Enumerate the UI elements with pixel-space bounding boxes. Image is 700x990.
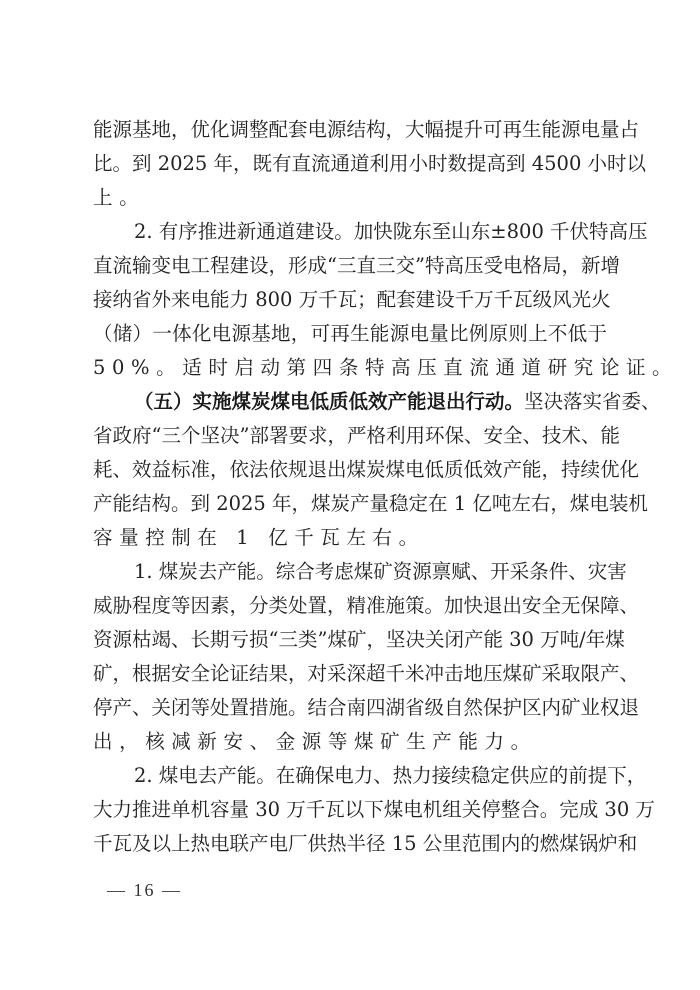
text-line: 50%。适时启动第四条特高压直流通道研究论证。 [93, 351, 607, 385]
text-line: 出，核减新安、金源等煤矿生产能力。 [93, 725, 607, 759]
text-line: 比。到 2025 年，既有直流通道利用小时数提高到 4500 小时以 [93, 147, 607, 181]
document-page: 能源基地，优化调整配套电源结构，大幅提升可再生能源电量占 比。到 2025 年，… [93, 113, 607, 861]
subsection-2-first-line: 2. 有序推进新通道建设。加快陇东至山东±800 千伏特高压 [93, 215, 607, 249]
text-line: 耗、效益标准，依法依规退出煤炭煤电低质低效产能，持续优化 [93, 453, 607, 487]
text-line: 矿，根据安全论证结果，对采深超千米冲击地压煤矿采取限产、 [93, 657, 607, 691]
text-line: 省政府“三个坚决”部署要求，严格利用环保、安全、技术、能 [93, 419, 607, 453]
text-line: 接纳省外来电能力 800 万千瓦；配套建设千万千瓦级风光火 [93, 283, 607, 317]
text-line: 停产、关闭等处置措施。结合南四湖省级自然保护区内矿业权退 [93, 691, 607, 725]
subsection-1-first-line: 1. 煤炭去产能。综合考虑煤矿资源禀赋、开采条件、灾害 [93, 555, 607, 589]
subsection-2-coal-power-first-line: 2. 煤电去产能。在确保电力、热力接续稳定供应的前提下， [93, 759, 607, 793]
text-line: 大力推进单机容量 30 万千瓦以下煤电机组关停整合。完成 30 万 [93, 793, 607, 827]
text-line: 直流输变电工程建设，形成“三直三交”特高压受电格局，新增 [93, 249, 607, 283]
text-line: 资源枯竭、长期亏损“三类”煤矿，坚决关闭产能 30 万吨/年煤 [93, 623, 607, 657]
text-line: （储）一体化电源基地，可再生能源电量比例原则上不低于 [93, 317, 607, 351]
text-line: 千瓦及以上热电联产电厂供热半径 15 公里范围内的燃煤锅炉和 [93, 827, 607, 861]
page-number: — 16 — [107, 878, 182, 902]
text-line: 能源基地，优化调整配套电源结构，大幅提升可再生能源电量占 [93, 113, 607, 147]
text-line: 容量控制在 1 亿千瓦左右。 [93, 521, 607, 555]
section-body-text: 坚决落实省委、 [524, 390, 661, 413]
section-heading: （五）实施煤炭煤电低质低效产能退出行动。 [134, 390, 524, 413]
text-line: 威胁程度等因素，分类处置，精准施策。加快退出安全无保障、 [93, 589, 607, 623]
text-line: 上。 [93, 181, 607, 215]
text-line: 产能结构。到 2025 年，煤炭产量稳定在 1 亿吨左右，煤电装机 [93, 487, 607, 521]
section-5-first-line: （五）实施煤炭煤电低质低效产能退出行动。坚决落实省委、 [93, 385, 607, 419]
